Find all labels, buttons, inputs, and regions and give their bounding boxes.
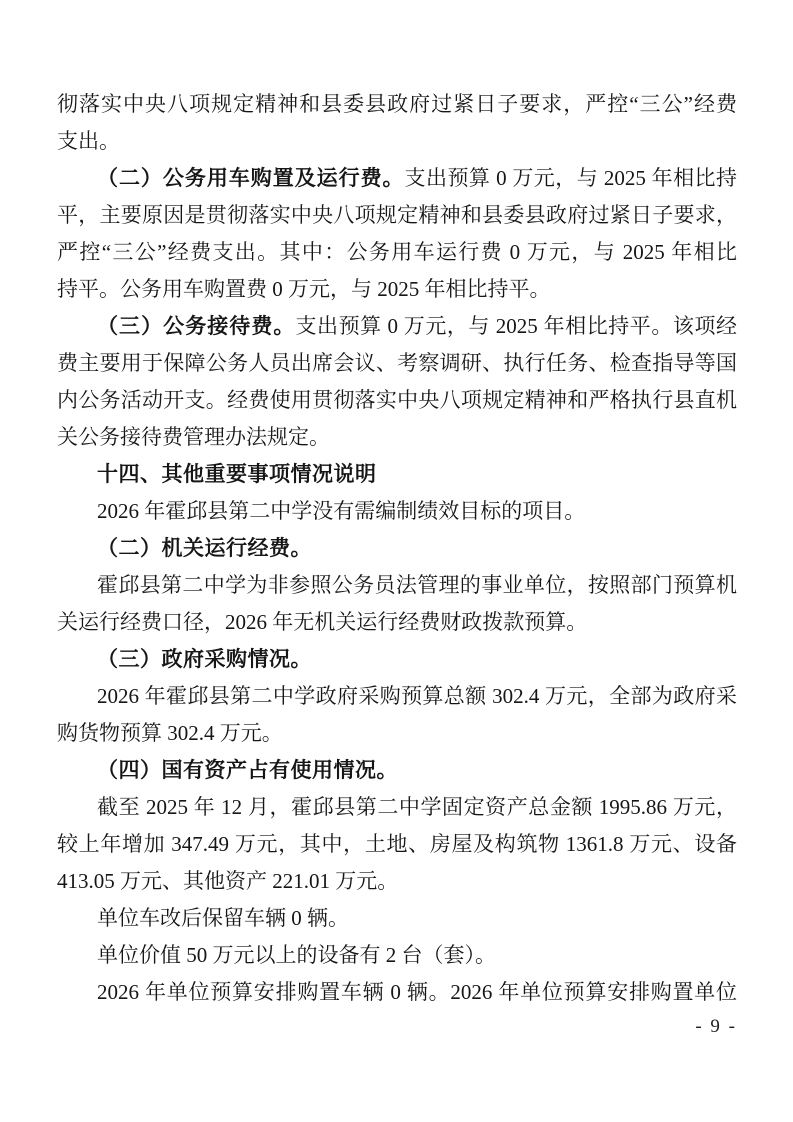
text-line: 费主要用于保障公务人员出席会议、考察调研、执行任务、检查指导等国 — [57, 345, 737, 382]
text-line: 关公务接待费管理办法规定。 — [57, 419, 737, 456]
text-line: 购货物预算 302.4 万元。 — [57, 715, 737, 752]
text-line: 2026 年单位预算安排购置车辆 0 辆。2026 年单位预算安排购置单位 — [57, 974, 737, 1011]
body-text-run: 关运行经费口径，2026 年无机关运行经费财政拨款预算。 — [57, 610, 587, 634]
text-line: 内公务活动开支。经费使用贯彻落实中央八项规定精神和严格执行县直机 — [57, 382, 737, 419]
text-line: 截至 2025 年 12 月，霍邱县第二中学固定资产总金额 1995.86 万元… — [57, 789, 737, 826]
body-text-run: 单位价值 50 万元以上的设备有 2 台（套）。 — [97, 943, 496, 967]
body-text-run: 关公务接待费管理办法规定。 — [57, 425, 330, 449]
heading-run: 十四、其他重要事项情况说明 — [97, 463, 377, 486]
document-page: 彻落实中央八项规定精神和县委县政府过紧日子要求，严控“三公”经费支出。（二）公务… — [0, 0, 793, 1122]
body-text-run: 支出预算 0 万元，与 2025 年相比持平。该项经 — [295, 314, 737, 338]
text-line: 平，主要原因是贯彻落实中央八项规定精神和县委县政府过紧日子要求， — [57, 197, 737, 234]
document-body: 彻落实中央八项规定精神和县委县政府过紧日子要求，严控“三公”经费支出。（二）公务… — [57, 86, 737, 1011]
body-text-run: 支出。 — [57, 129, 120, 153]
body-text-run: 内公务活动开支。经费使用贯彻落实中央八项规定精神和严格执行县直机 — [57, 388, 737, 412]
body-text-run: 2026 年霍邱县第二中学没有需编制绩效目标的项目。 — [97, 499, 585, 523]
text-line: 持平。公务用车购置费 0 万元，与 2025 年相比持平。 — [57, 271, 737, 308]
text-line: （四）国有资产占有使用情况。 — [57, 752, 737, 789]
text-line: 413.05 万元、其他资产 221.01 万元。 — [57, 863, 737, 900]
heading-run: （二）公务用车购置及运行费。 — [97, 167, 405, 190]
body-text-run: 严控“三公”经费支出。其中：公务用车运行费 0 万元，与 2025 年相比 — [57, 240, 737, 264]
text-line: 严控“三公”经费支出。其中：公务用车运行费 0 万元，与 2025 年相比 — [57, 234, 737, 271]
body-text-run: 413.05 万元、其他资产 221.01 万元。 — [57, 869, 398, 893]
body-text-run: 霍邱县第二中学为非参照公务员法管理的事业单位，按照部门预算机 — [97, 573, 737, 597]
body-text-run: 2026 年霍邱县第二中学政府采购预算总额 302.4 万元，全部为政府采 — [97, 684, 737, 708]
text-line: 单位车改后保留车辆 0 辆。 — [57, 900, 737, 937]
heading-run: （三）政府采购情况。 — [97, 648, 312, 671]
text-line: （二）机关运行经费。 — [57, 530, 737, 567]
body-text-run: 2026 年单位预算安排购置车辆 0 辆。2026 年单位预算安排购置单位 — [97, 980, 737, 1004]
text-line: （三）政府采购情况。 — [57, 641, 737, 678]
body-text-run: 较上年增加 347.49 万元，其中，土地、房屋及构筑物 1361.8 万元、设… — [57, 832, 737, 856]
text-line: 十四、其他重要事项情况说明 — [57, 456, 737, 493]
body-text-run: 截至 2025 年 12 月，霍邱县第二中学固定资产总金额 1995.86 万元… — [97, 795, 737, 819]
body-text-run: 彻落实中央八项规定精神和县委县政府过紧日子要求，严控“三公”经费 — [57, 92, 737, 116]
text-line: 较上年增加 347.49 万元，其中，土地、房屋及构筑物 1361.8 万元、设… — [57, 826, 737, 863]
page-number: - 9 - — [695, 1014, 737, 1040]
text-line: 单位价值 50 万元以上的设备有 2 台（套）。 — [57, 937, 737, 974]
text-line: 2026 年霍邱县第二中学政府采购预算总额 302.4 万元，全部为政府采 — [57, 678, 737, 715]
text-line: 彻落实中央八项规定精神和县委县政府过紧日子要求，严控“三公”经费 — [57, 86, 737, 123]
text-line: （三）公务接待费。支出预算 0 万元，与 2025 年相比持平。该项经 — [57, 308, 737, 345]
text-line: 2026 年霍邱县第二中学没有需编制绩效目标的项目。 — [57, 493, 737, 530]
text-line: 霍邱县第二中学为非参照公务员法管理的事业单位，按照部门预算机 — [57, 567, 737, 604]
body-text-run: 支出预算 0 万元，与 2025 年相比持 — [405, 166, 737, 190]
text-line: 关运行经费口径，2026 年无机关运行经费财政拨款预算。 — [57, 604, 737, 641]
body-text-run: 单位车改后保留车辆 0 辆。 — [97, 906, 349, 930]
heading-run: （三）公务接待费。 — [97, 315, 295, 338]
body-text-run: 持平。公务用车购置费 0 万元，与 2025 年相比持平。 — [57, 277, 551, 301]
heading-run: （二）机关运行经费。 — [97, 537, 312, 560]
body-text-run: 购货物预算 302.4 万元。 — [57, 721, 283, 745]
body-text-run: 平，主要原因是贯彻落实中央八项规定精神和县委县政府过紧日子要求， — [57, 203, 737, 227]
text-line: 支出。 — [57, 123, 737, 160]
text-line: （二）公务用车购置及运行费。支出预算 0 万元，与 2025 年相比持 — [57, 160, 737, 197]
body-text-run: 费主要用于保障公务人员出席会议、考察调研、执行任务、检查指导等国 — [57, 351, 737, 375]
heading-run: （四）国有资产占有使用情况。 — [97, 759, 398, 782]
